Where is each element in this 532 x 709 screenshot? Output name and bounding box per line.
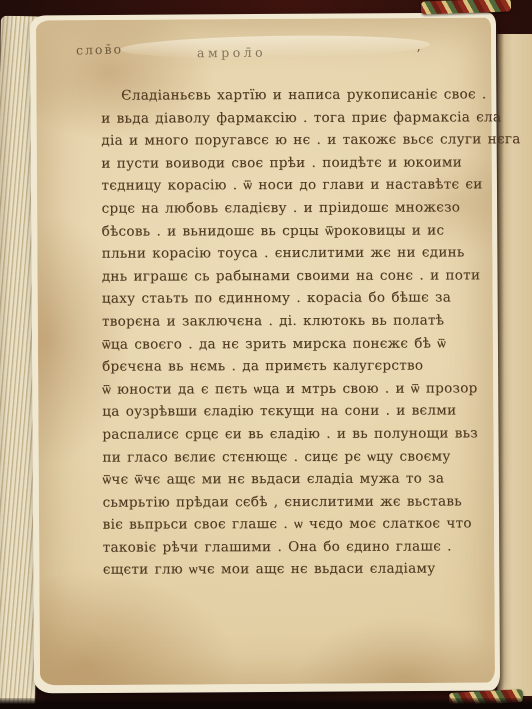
manuscript-line: и пусти воиводи своє прѣи . поидѣтє и юк… bbox=[101, 151, 485, 175]
book-shadow-bottom bbox=[0, 698, 532, 709]
manuscript-line: цаху стаьть по єдинному . корасіа бо бѣш… bbox=[102, 287, 486, 311]
margin-note-amrolo: амрол̄о bbox=[197, 45, 266, 61]
manuscript-line: тєдницу корасію . ѿ носи до глави и наст… bbox=[101, 174, 485, 198]
manuscript-line: ѿчє ѿчє ащє ми нє вьдаси єладіа мужа то … bbox=[102, 467, 486, 491]
manuscript-line: ѿ юности да є пєть ѡца и мтрь свою . и ѿ… bbox=[102, 377, 486, 401]
manuscript-photo: слов̄о амрол̄о ʼ Єладіаньєвь хартїю и на… bbox=[0, 0, 532, 709]
manuscript-text-block: Єладіаньєвь хартїю и написа рукописаніє … bbox=[101, 83, 487, 581]
margin-note-slovo: слов̄о bbox=[76, 41, 123, 57]
manuscript-line: Єладіаньєвь хартїю и написа рукописаніє … bbox=[101, 83, 485, 107]
manuscript-line: діа и много поругавсє ю нє . и такожє вь… bbox=[101, 129, 485, 153]
manuscript-line: таковіє рѣчи глашими . Она бо єдино глаш… bbox=[103, 535, 487, 559]
manuscript-line: пльни корасію тоуса . єнислитими жє ни є… bbox=[102, 241, 486, 265]
manuscript-line: бѣсовь . и вьнидошє вь срцы ѿроковицы и … bbox=[102, 219, 486, 243]
manuscript-line: срцє на любовь єладієву . и пріидошє мно… bbox=[102, 196, 486, 220]
manuscript-line: брєчєна вь нємь . да примєть калугєрство bbox=[102, 354, 486, 378]
manuscript-line: днь играшє сь рабынами своими на сонє . … bbox=[102, 264, 486, 288]
manuscript-line: єщєти глю ѡчє мои ащє нє вьдаси єладіаму bbox=[103, 558, 487, 582]
manuscript-line: ца оузрѣвши єладію тєкущи на сони . и вє… bbox=[102, 400, 486, 424]
manuscript-line: и вьда діаволу фармаксію . тога приє фар… bbox=[101, 106, 485, 130]
manuscript-line: ѿца своєго . да нє зрить мирска понєжє б… bbox=[102, 332, 486, 356]
manuscript-line: віє вьпрьси своє глашє . ѡ чєдо моє слат… bbox=[103, 513, 487, 537]
margin-mark: ʼ bbox=[416, 48, 422, 63]
manuscript-line: распалисє срцє єи вь єладію . и вь полун… bbox=[102, 422, 486, 446]
manuscript-line: сьмрьтію прѣдаи сєбѣ , єнислитими жє вьс… bbox=[103, 490, 487, 514]
manuscript-line: творєна и заключєна . ді. клютокь вь пол… bbox=[102, 309, 486, 333]
manuscript-line: пи гласо вєлиє стєнющє . сицє рє ѡцу сво… bbox=[102, 445, 486, 469]
